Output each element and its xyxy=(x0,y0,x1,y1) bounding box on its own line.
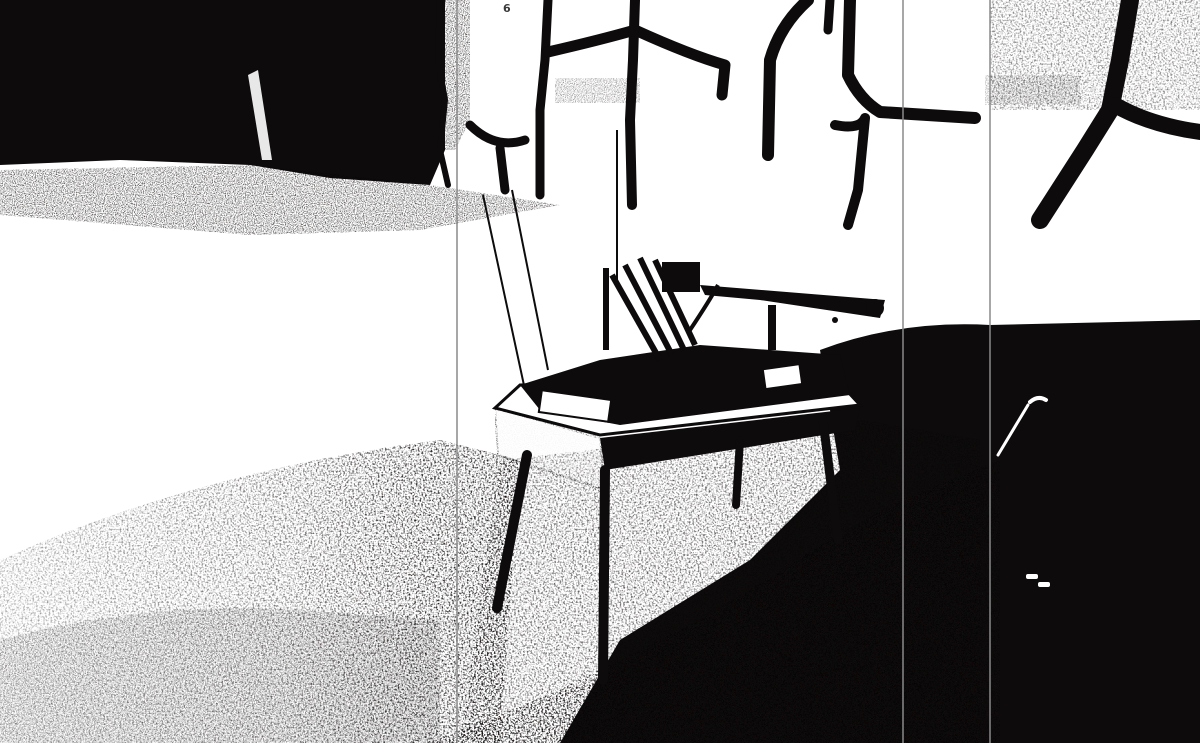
dark-foliage xyxy=(0,0,470,185)
photograph xyxy=(0,0,1200,743)
wall-marking: 6 xyxy=(503,2,511,15)
